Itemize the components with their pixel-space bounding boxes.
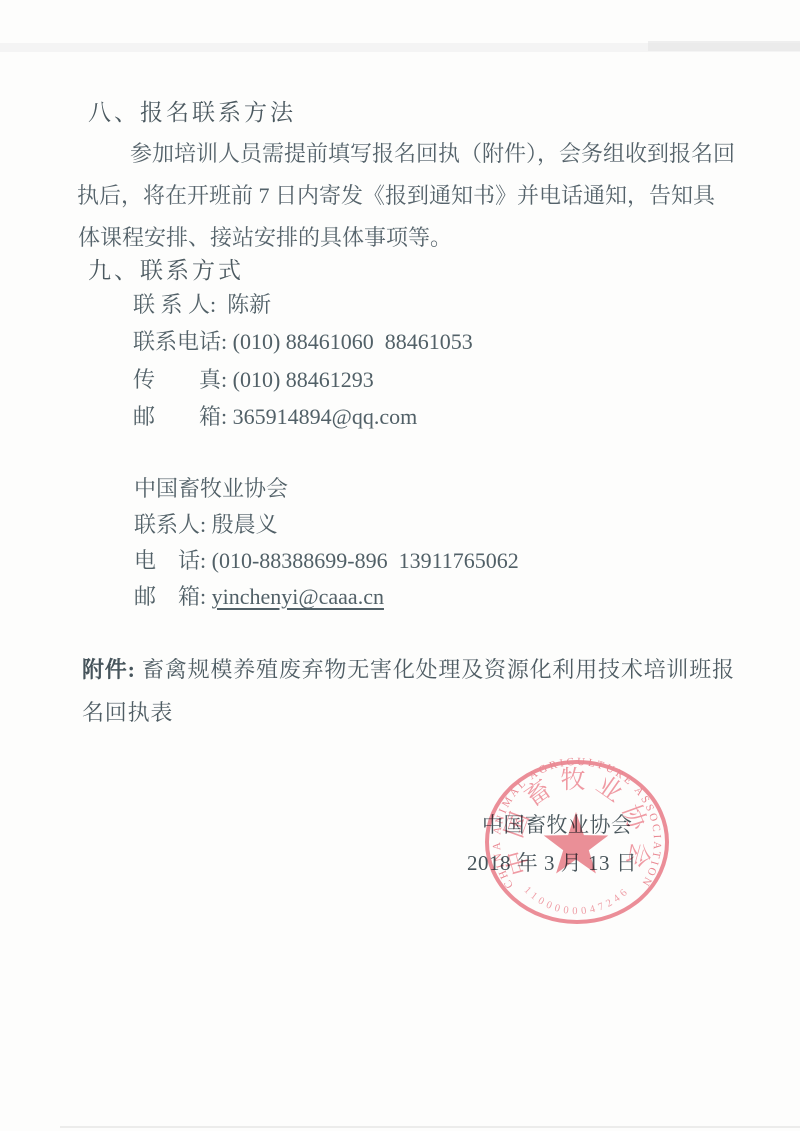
contact-person-line: 联 系 人: 陈新 bbox=[133, 292, 271, 318]
section-8-paragraph-line-1: 参加培训人员需提前填写报名回执（附件），会务组收到报名回 bbox=[130, 141, 735, 167]
contact-fax-line: 传 真: (010) 88461293 bbox=[133, 367, 374, 393]
section-9-heading: 九、联系方式 bbox=[88, 257, 244, 285]
section-8-paragraph-line-3: 体课程安排、接站安排的具体事项等。 bbox=[78, 225, 452, 251]
section-8-heading: 八、报名联系方法 bbox=[88, 99, 296, 127]
seal-ring bbox=[487, 762, 667, 922]
association-name-line: 中国畜牧业协会 bbox=[134, 476, 288, 502]
attachment-line-2: 名回执表 bbox=[82, 700, 173, 726]
contact-phone-line: 联系电话: (010) 88461060 88461053 bbox=[133, 329, 473, 355]
attachment-line-1: 附件: 畜禽规模养殖废弃物无害化处理及资源化利用技术培训班报 bbox=[82, 657, 735, 683]
scanned-document-page: 八、报名联系方法 参加培训人员需提前填写报名回执（附件），会务组收到报名回 执后… bbox=[0, 0, 800, 1131]
association-email-line: 邮 箱: yinchenyi@caaa.cn bbox=[134, 584, 384, 610]
section-8-paragraph-line-2: 执后，将在开班前 7 日内寄发《报到通知书》并电话通知，告知具 bbox=[77, 183, 715, 209]
association-contact-person-line: 联系人: 殷晨义 bbox=[134, 512, 278, 538]
scan-artifact-band-right bbox=[648, 41, 800, 51]
attachment-title-part-1: 畜禽规模养殖废弃物无害化处理及资源化利用技术培训班报 bbox=[136, 657, 735, 682]
attachment-label: 附件: bbox=[82, 657, 136, 682]
association-email-label: 邮 箱: bbox=[134, 584, 212, 609]
signature-date: 2018 年 3 月 13 日 bbox=[467, 851, 637, 876]
official-red-seal: CHINA ANIMAL AGRICULTURE ASSOCIATION 中国畜… bbox=[467, 732, 687, 952]
association-email-value: yinchenyi@caaa.cn bbox=[212, 584, 384, 609]
association-phone-line: 电 话: (010-88388699-896 13911765062 bbox=[134, 548, 519, 574]
signature-org-name: 中国畜牧业协会 bbox=[482, 813, 633, 838]
seal-registration-number: 1100000047246 bbox=[521, 885, 632, 917]
contact-email-line: 邮 箱: 365914894@qq.com bbox=[133, 404, 417, 430]
scan-artifact-bottom-line bbox=[60, 1126, 800, 1128]
